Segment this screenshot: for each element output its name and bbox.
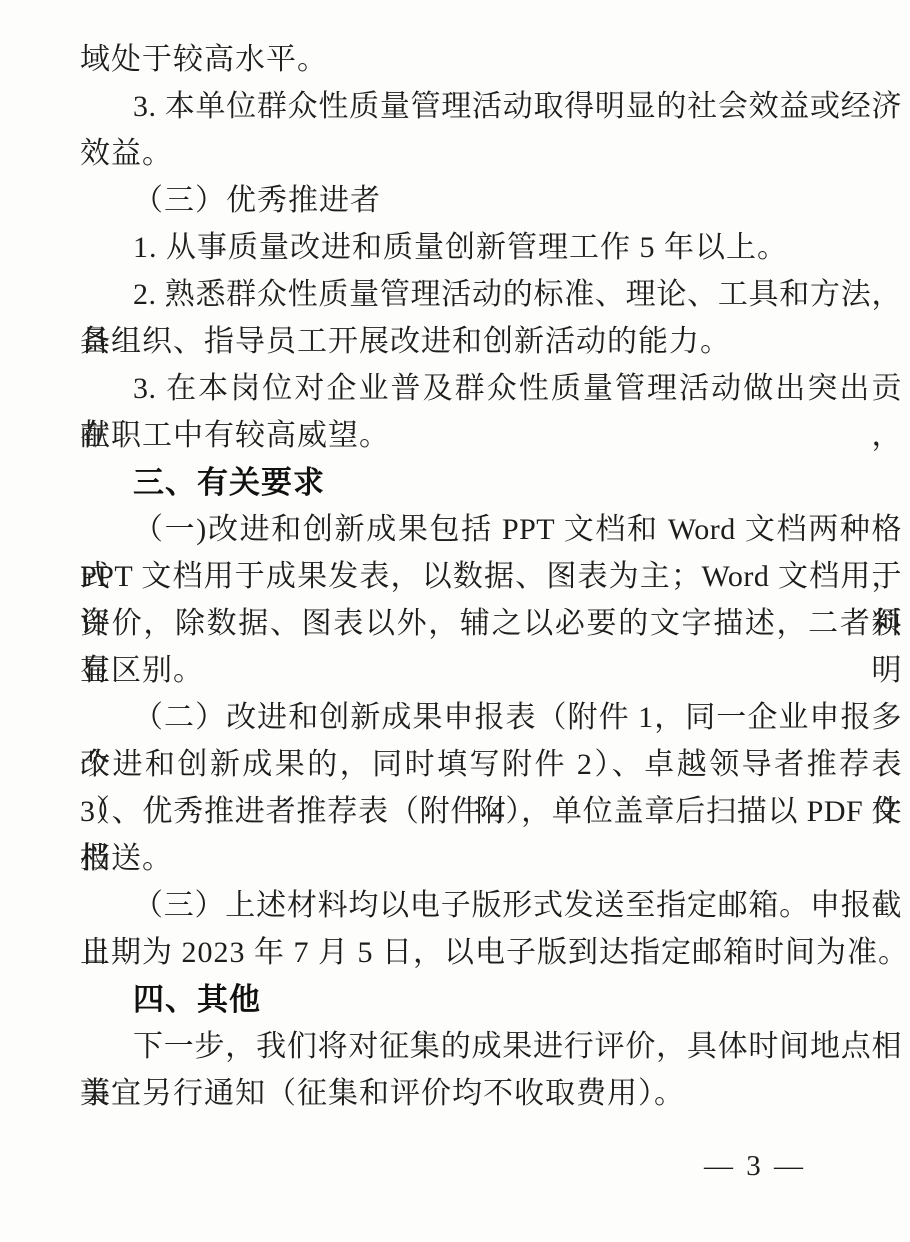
text-line: （三）上述材料均以电子版形式发送至指定邮箱。申报截止 [80,882,902,929]
text-line: 3. 在本岗位对企业普及群众性质量管理活动做出突出贡献， [80,365,902,412]
text-line: 报送。 [80,835,902,882]
text-line: 日期为 2023 年 7 月 5 日，以电子版到达指定邮箱时间为准。 [80,929,902,976]
text-line: 改进和创新成果的，同时填写附件 2）、卓越领导者推荐表（附件 [80,741,902,788]
text-line: PPT 文档用于成果发表，以数据、图表为主；Word 文档用于资料 [80,553,902,600]
text-line: 备组织、指导员工开展改进和创新活动的能力。 [80,318,902,365]
section-heading-requirements: 三、有关要求 [80,459,902,506]
subsection-heading-promoter: （三）优秀推进者 [80,177,902,224]
scanned-document-page: 域处于较高水平。 3. 本单位群众性质量管理活动取得明显的社会效益或经济 效益。… [0,0,910,1242]
text-line-continuation: 域处于较高水平。 [80,36,902,83]
text-line: 效益。 [80,130,902,177]
text-line: 下一步，我们将对征集的成果进行评价，具体时间地点相关 [80,1023,902,1070]
text-line: 2. 熟悉群众性质量管理活动的标准、理论、工具和方法，具 [80,271,902,318]
text-line: 评价，除数据、图表以外，辅之以必要的文字描述，二者须有明 [80,600,902,647]
page-number: — 3 — [704,1146,806,1186]
text-line: （二）改进和创新成果申报表（附件 1，同一企业申报多个 [80,694,902,741]
text-line: （一)改进和创新成果包括 PPT 文档和 Word 文档两种格式， [80,506,902,553]
text-line: 3. 本单位群众性质量管理活动取得明显的社会效益或经济 [80,83,902,130]
section-heading-other: 四、其他 [80,976,902,1023]
text-line: 1. 从事质量改进和质量创新管理工作 5 年以上。 [80,224,902,271]
document-body: 域处于较高水平。 3. 本单位群众性质量管理活动取得明显的社会效益或经济 效益。… [80,36,902,1117]
text-line: 3）、优秀推进者推荐表（附件 4），单位盖章后扫描以 PDF 文档 [80,788,902,835]
text-line: 事宜另行通知（征集和评价均不收取费用）。 [80,1070,902,1117]
